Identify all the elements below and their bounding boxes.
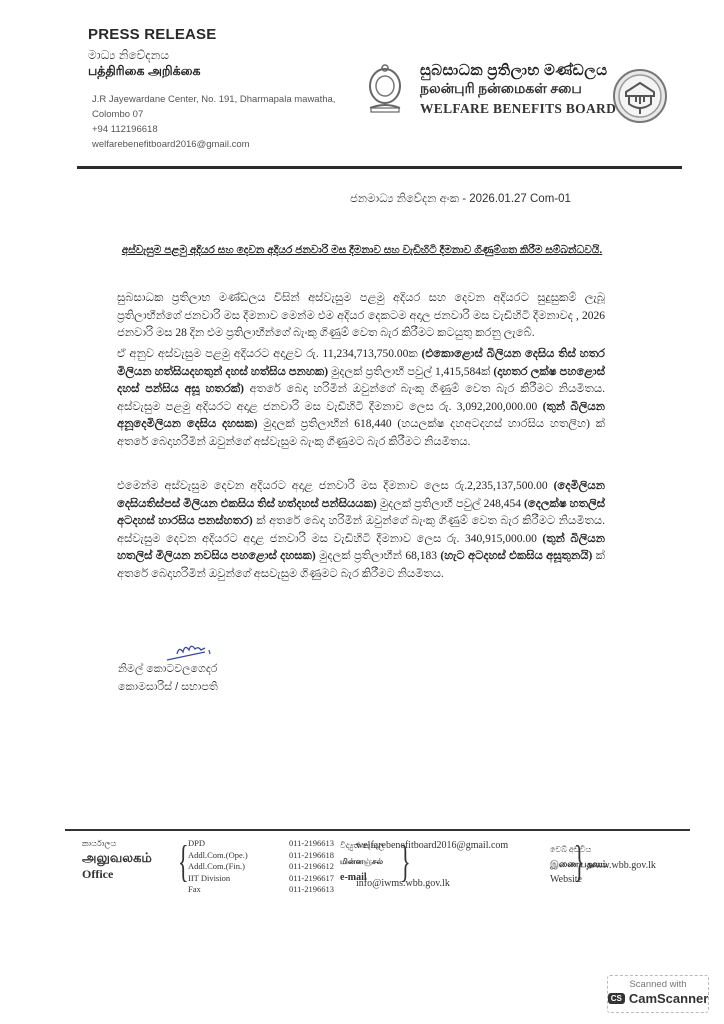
phone-row: IIT Division011-2196617 [188, 873, 334, 885]
phone-number: 011-2196618 [289, 850, 334, 862]
contact-block: J.R Jayewardane Center, No. 191, Dharmap… [92, 92, 335, 152]
welfare-board-logo-icon [612, 68, 668, 124]
brace-icon: { [178, 840, 189, 884]
phone-row: Fax011-2196613 [188, 884, 334, 896]
camscanner-logo-icon: CS [608, 993, 625, 1004]
phone-list: DPD011-2196613 Addl.Com.(Ope.)011-219661… [188, 838, 334, 896]
phone-number: 011-2196613 [289, 884, 334, 896]
org-name-english: WELFARE BENEFITS BOARD [420, 101, 616, 117]
paragraph-2: ඒ අනුව අස්වැසුම පළමු අදියරට අදාළව රු. 11… [117, 346, 605, 451]
office-label-ta: அலுவலகம் [82, 849, 152, 866]
media-release-tamil: பத்திரிகை அறிக்கை [88, 64, 200, 80]
para3-elder-count-words: (හැට අටදහස් එකසිය අසූතුනයි) [440, 550, 592, 562]
brace-icon: } [574, 840, 585, 884]
para2-text-c: මුදලක් ප්‍රතිලාභී පවුල් 1,415,584ක් [328, 366, 493, 378]
contact-email: welfarebenefitboard2016@gmail.com [92, 137, 335, 152]
para2-text-a: ඒ අනුව අස්වැසුම පළමු අදියරට අදාළව රු. 11… [117, 348, 422, 360]
paragraph-3: එමෙන්ම අස්වැසුම දෙවන අදියරට අදාළ ජනවාරි … [117, 478, 605, 583]
phone-label: Fax [188, 884, 201, 896]
footer-website[interactable]: www.wbb.gov.lk [588, 860, 656, 871]
phone-label: IIT Division [188, 873, 230, 885]
phone-number: 011-2196613 [289, 838, 334, 850]
footer-divider [65, 829, 690, 831]
scanned-with-label: Scanned with [608, 979, 708, 990]
subject-heading: අස්වැසුම පළමු අදියර සහ දෙවන අදියර ජනවාරි… [112, 243, 612, 258]
organization-name-block: සුබසාධක ප්‍රතිලාභ මණ්ඩලය நலன்புரி நன்மைக… [420, 62, 616, 117]
para3-text-c: මුදලක් ප්‍රතිලාභී පවුල් 248,454 [377, 498, 524, 510]
office-label-si: කාර්යාලය [82, 839, 116, 848]
national-emblem-icon [366, 64, 404, 114]
address-line-2: Colombo 07 [92, 107, 335, 122]
camscanner-name: CamScanner [629, 991, 708, 1006]
reference-number: ජනමාධ්‍ය නිවේදන අංක - 2026.01.27 Com-01 [350, 193, 571, 206]
phone-number: 011-2196612 [289, 861, 334, 873]
footer: කාර්යාලය அலுவலகம் Office { DPD011-219661… [80, 838, 700, 898]
org-name-sinhala: සුබසාධක ප්‍රතිලාභ මණ්ඩලය [420, 62, 616, 80]
org-name-tamil: நலன்புரி நன்மைகள் சபை [420, 82, 616, 99]
phone-label: Addl.Com.(Fin.) [188, 861, 245, 873]
footer-email-2[interactable]: info@iwms.wbb.gov.lk [356, 878, 450, 889]
para3-text-g: මුදලක් ප්‍රතිලාභීන් 68,183 [316, 550, 441, 562]
phone-number: +94 112196618 [92, 122, 335, 137]
signer-name: නිමල් කොටවලගෙදර [118, 663, 217, 676]
footer-email-1[interactable]: welfarebenefitboard2016@gmail.com [356, 840, 508, 851]
address-line-1: J.R Jayewardane Center, No. 191, Dharmap… [92, 92, 335, 107]
press-release-title: PRESS RELEASE [88, 26, 216, 43]
office-label-en: Office [82, 866, 152, 883]
signature-icon [165, 640, 215, 662]
camscanner-watermark: Scanned with CS CamScanner [607, 975, 709, 1013]
office-label: කාර්යාලය அலுவலகம் Office [82, 838, 152, 883]
paragraph-1: සුබසාධක ප්‍රතිලාභ මණ්ඩලය විසින් අස්වැසුම… [117, 290, 605, 343]
phone-label: Addl.Com.(Ope.) [188, 850, 248, 862]
email-label-ta: மின்னஞ்சல் [340, 854, 384, 870]
signer-title: කොමසාරිස් / සභාපති [118, 681, 218, 694]
camscanner-brand: CS CamScanner [608, 991, 708, 1006]
para3-text-a: එමෙන්ම අස්වැසුම දෙවන අදියරට අදාළ ජනවාරි … [117, 480, 554, 492]
phone-number: 011-2196617 [289, 873, 334, 885]
phone-row: DPD011-2196613 [188, 838, 334, 850]
phone-label: DPD [188, 838, 205, 850]
phone-row: Addl.Com.(Fin.)011-2196612 [188, 861, 334, 873]
header-divider [77, 166, 682, 169]
media-release-sinhala: මාධ්‍ය නිවේදනය [88, 48, 169, 63]
phone-row: Addl.Com.(Ope.)011-2196618 [188, 850, 334, 862]
